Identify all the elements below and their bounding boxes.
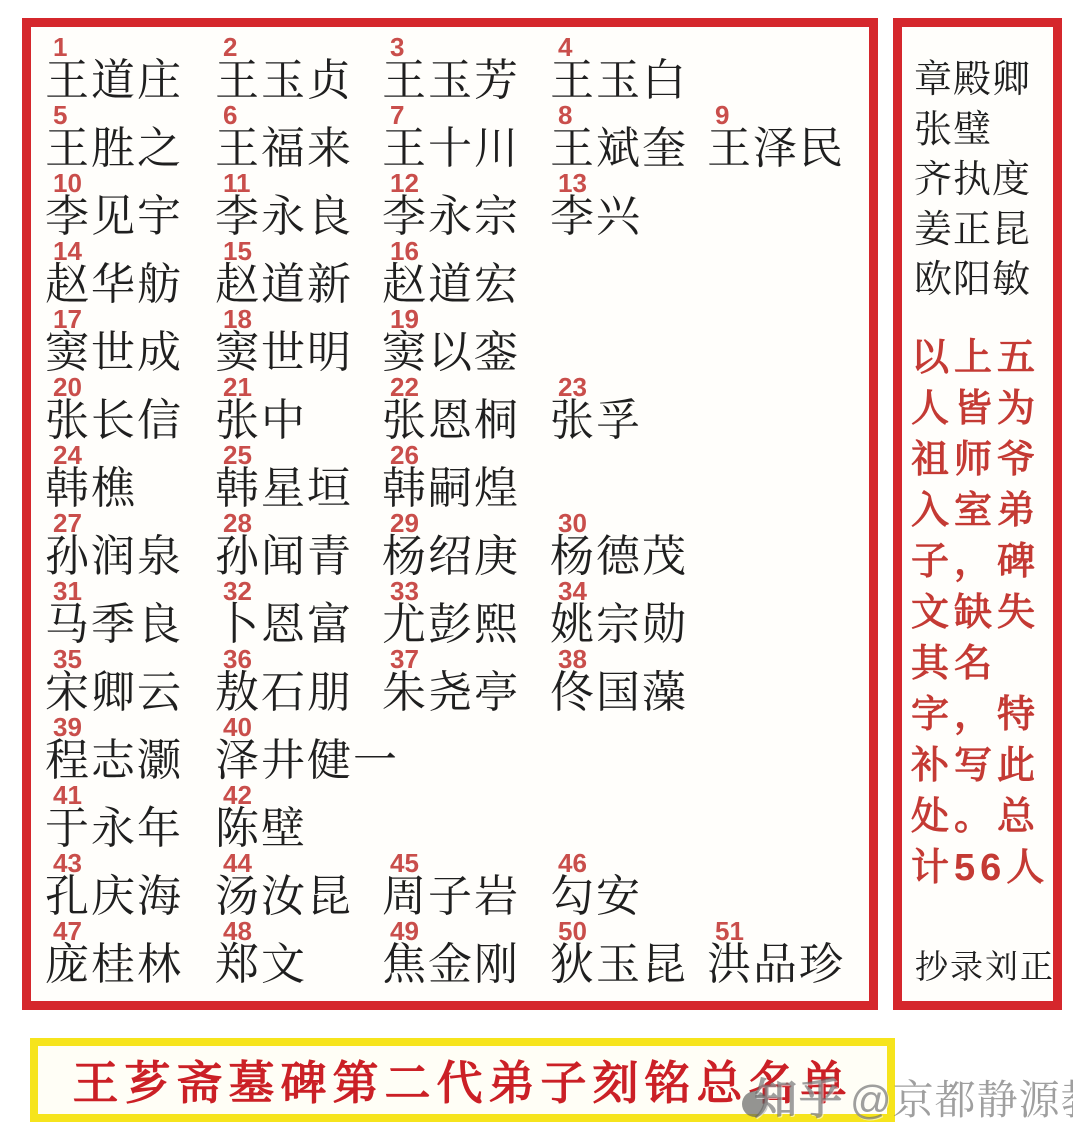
entry-number: 32 xyxy=(223,580,252,602)
entry-name: 焦金刚 xyxy=(382,942,520,987)
note-line: 子，碑 xyxy=(911,537,1053,588)
side-panel: 章殿卿张璧齐执度姜正昆欧阳敏 以上五人皆为祖师爷入室弟子，碑文缺失其名字，特补写… xyxy=(893,18,1062,1010)
name-entry: 46勾安 xyxy=(550,852,707,920)
name-entry: 32卜恩富 xyxy=(215,580,382,648)
entry-number: 35 xyxy=(53,648,82,670)
entry-number: 28 xyxy=(223,512,252,534)
names-row: 24韩樵25韩星垣26韩嗣煌 xyxy=(45,444,869,512)
name-entry: 36敖石朋 xyxy=(215,648,382,716)
entry-number: 26 xyxy=(390,444,419,466)
names-row: 41于永年42陈壁 xyxy=(45,784,869,852)
entry-name: 李永宗 xyxy=(382,194,520,239)
name-entry: 17窦世成 xyxy=(45,308,215,376)
name-entry: 40泽井健一 xyxy=(215,716,382,784)
entry-name: 窦世成 xyxy=(45,330,183,375)
entry-name: 窦以銮 xyxy=(382,330,520,375)
names-grid: 1王道庄2王玉贞3王玉芳4王玉白5王胜之6王福来7王十川8王斌奎9王泽民10李见… xyxy=(31,27,869,988)
name-entry: 30杨德茂 xyxy=(550,512,707,580)
entry-name: 王玉芳 xyxy=(382,58,520,103)
name-entry: 33尤彭熙 xyxy=(382,580,550,648)
entry-name: 卜恩富 xyxy=(215,602,353,647)
entry-number: 5 xyxy=(53,104,67,126)
entry-name: 周子岩 xyxy=(382,874,520,919)
entry-name: 李永良 xyxy=(215,194,353,239)
side-note: 以上五人皆为祖师爷入室弟子，碑文缺失其名字，特补写此处。总计56人 xyxy=(902,305,1053,894)
entry-number: 9 xyxy=(715,104,729,126)
note-line: 以上五 xyxy=(911,333,1053,384)
entry-number: 24 xyxy=(53,444,82,466)
entry-name: 庞桂林 xyxy=(45,942,183,987)
name-entry: 10李见宇 xyxy=(45,172,215,240)
entry-name: 郑文 xyxy=(215,942,307,987)
names-row: 1王道庄2王玉贞3王玉芳4王玉白 xyxy=(45,36,869,104)
name-entry: 48郑文 xyxy=(215,920,382,988)
names-row: 47庞桂林48郑文49焦金刚50狄玉昆51洪品珍 xyxy=(45,920,869,988)
entry-number: 22 xyxy=(390,376,419,398)
entry-number: 42 xyxy=(223,784,252,806)
names-row: 20张长信21张中22张恩桐23张孚 xyxy=(45,376,869,444)
entry-number: 36 xyxy=(223,648,252,670)
entry-name: 宋卿云 xyxy=(45,670,183,715)
entry-number: 17 xyxy=(53,308,82,330)
entry-name: 窦世明 xyxy=(215,330,353,375)
name-entry: 39程志灏 xyxy=(45,716,215,784)
name-entry: 20张长信 xyxy=(45,376,215,444)
entry-name: 张恩桐 xyxy=(382,398,520,443)
names-row: 35宋卿云36敖石朋37朱尧亭38佟国藻 xyxy=(45,648,869,716)
entry-name: 孙闻青 xyxy=(215,534,353,579)
name-entry: 37朱尧亭 xyxy=(382,648,550,716)
entry-number: 48 xyxy=(223,920,252,942)
entry-name: 杨绍庚 xyxy=(382,534,520,579)
entry-name: 王玉贞 xyxy=(215,58,353,103)
name-entry: 12李永宗 xyxy=(382,172,550,240)
side-name: 章殿卿 xyxy=(914,55,1053,105)
name-entry: 11李永良 xyxy=(215,172,382,240)
entry-name: 狄玉昆 xyxy=(550,942,688,987)
entry-number: 30 xyxy=(558,512,587,534)
entry-name: 孙润泉 xyxy=(45,534,183,579)
names-row: 43孔庆海44汤汝昆45周子岩46勾安 xyxy=(45,852,869,920)
name-entry: 24韩樵 xyxy=(45,444,215,512)
watermark-handle: @京都静源教授 xyxy=(850,1067,1073,1126)
entry-name: 李见宇 xyxy=(45,194,183,239)
entry-name: 韩嗣煌 xyxy=(382,466,520,511)
side-name: 欧阳敏 xyxy=(914,255,1053,305)
entry-number: 3 xyxy=(390,36,404,58)
entry-number: 46 xyxy=(558,852,587,874)
entry-name: 孔庆海 xyxy=(45,874,183,919)
names-row: 39程志灏40泽井健一 xyxy=(45,716,869,784)
entry-number: 44 xyxy=(223,852,252,874)
note-line: 人皆为 xyxy=(911,384,1053,435)
watermark-brand: 知乎 xyxy=(754,1066,844,1127)
entry-number: 10 xyxy=(53,172,82,194)
name-entry: 22张恩桐 xyxy=(382,376,550,444)
entry-number: 18 xyxy=(223,308,252,330)
entry-name: 王斌奎 xyxy=(550,126,688,171)
entry-number: 50 xyxy=(558,920,587,942)
name-entry: 26韩嗣煌 xyxy=(382,444,550,512)
entry-number: 16 xyxy=(390,240,419,262)
entry-number: 38 xyxy=(558,648,587,670)
entry-number: 13 xyxy=(558,172,587,194)
entry-name: 王玉白 xyxy=(550,58,688,103)
name-entry: 16赵道宏 xyxy=(382,240,550,308)
entry-name: 张孚 xyxy=(550,398,642,443)
note-line: 补写此 xyxy=(911,741,1053,792)
name-entry: 9王泽民 xyxy=(707,104,869,172)
name-entry: 8王斌奎 xyxy=(550,104,707,172)
entry-name: 泽井健一 xyxy=(215,738,399,783)
entry-name: 王道庄 xyxy=(45,58,183,103)
note-line: 字，特 xyxy=(911,690,1053,741)
entry-number: 31 xyxy=(53,580,82,602)
entry-name: 洪品珍 xyxy=(707,942,845,987)
name-entry: 29杨绍庚 xyxy=(382,512,550,580)
entry-name: 尤彭熙 xyxy=(382,602,520,647)
entry-number: 49 xyxy=(390,920,419,942)
name-entry: 25韩星垣 xyxy=(215,444,382,512)
entry-name: 张中 xyxy=(215,398,307,443)
name-entry: 18窦世明 xyxy=(215,308,382,376)
entry-name: 佟国藻 xyxy=(550,670,688,715)
name-entry: 15赵道新 xyxy=(215,240,382,308)
transcriber-label: 抄录刘正 xyxy=(915,941,1055,988)
name-entry: 42陈壁 xyxy=(215,784,382,852)
page-title: 王芗斋墓碑第二代弟子刻铭总名单 xyxy=(73,1047,853,1113)
entry-name: 赵道宏 xyxy=(382,262,520,307)
entry-name: 勾安 xyxy=(550,874,642,919)
entry-name: 王泽民 xyxy=(707,126,845,171)
name-entry: 13李兴 xyxy=(550,172,707,240)
name-entry: 47庞桂林 xyxy=(45,920,215,988)
entry-number: 2 xyxy=(223,36,237,58)
names-row: 17窦世成18窦世明19窦以銮 xyxy=(45,308,869,376)
entry-name: 王福来 xyxy=(215,126,353,171)
entry-number: 14 xyxy=(53,240,82,262)
side-names-list: 章殿卿张璧齐执度姜正昆欧阳敏 xyxy=(902,27,1053,305)
entry-name: 敖石朋 xyxy=(215,670,353,715)
name-entry: 28孙闻青 xyxy=(215,512,382,580)
names-row: 5王胜之6王福来7王十川8王斌奎9王泽民 xyxy=(45,104,869,172)
name-entry: 1王道庄 xyxy=(45,36,215,104)
entry-number: 27 xyxy=(53,512,82,534)
name-entry: 27孙润泉 xyxy=(45,512,215,580)
name-entry: 41于永年 xyxy=(45,784,215,852)
name-entry: 19窦以銮 xyxy=(382,308,550,376)
names-row: 31马季良32卜恩富33尤彭熙34姚宗勋 xyxy=(45,580,869,648)
entry-name: 韩樵 xyxy=(45,466,137,511)
entry-name: 陈壁 xyxy=(215,806,307,851)
name-entry: 7王十川 xyxy=(382,104,550,172)
name-entry: 23张孚 xyxy=(550,376,707,444)
entry-number: 51 xyxy=(715,920,744,942)
name-entry: 43孔庆海 xyxy=(45,852,215,920)
entry-number: 29 xyxy=(390,512,419,534)
name-entry: 2王玉贞 xyxy=(215,36,382,104)
note-line: 祖师爷 xyxy=(911,435,1053,486)
entry-name: 王十川 xyxy=(382,126,520,171)
entry-number: 12 xyxy=(390,172,419,194)
name-entry: 6王福来 xyxy=(215,104,382,172)
names-row: 27孙润泉28孙闻青29杨绍庚30杨德茂 xyxy=(45,512,869,580)
entry-name: 李兴 xyxy=(550,194,642,239)
note-line: 处。总 xyxy=(911,792,1053,843)
entry-number: 6 xyxy=(223,104,237,126)
entry-number: 47 xyxy=(53,920,82,942)
entry-name: 赵华舫 xyxy=(45,262,183,307)
name-entry: 5王胜之 xyxy=(45,104,215,172)
name-entry: 44汤汝昆 xyxy=(215,852,382,920)
entry-number: 21 xyxy=(223,376,252,398)
entry-number: 23 xyxy=(558,376,587,398)
name-entry: 3王玉芳 xyxy=(382,36,550,104)
note-line: 入室弟 xyxy=(911,486,1053,537)
entry-name: 马季良 xyxy=(45,602,183,647)
entry-number: 4 xyxy=(558,36,572,58)
name-entry: 38佟国藻 xyxy=(550,648,707,716)
entry-number: 8 xyxy=(558,104,572,126)
name-entry: 21张中 xyxy=(215,376,382,444)
entry-name: 张长信 xyxy=(45,398,183,443)
entry-number: 19 xyxy=(390,308,419,330)
entry-number: 41 xyxy=(53,784,82,806)
name-entry: 45周子岩 xyxy=(382,852,550,920)
entry-name: 姚宗勋 xyxy=(550,602,688,647)
name-entry: 35宋卿云 xyxy=(45,648,215,716)
entry-name: 朱尧亭 xyxy=(382,670,520,715)
main-name-list-panel: 1王道庄2王玉贞3王玉芳4王玉白5王胜之6王福来7王十川8王斌奎9王泽民10李见… xyxy=(22,18,878,1010)
names-row: 10李见宇11李永良12李永宗13李兴 xyxy=(45,172,869,240)
note-line: 文缺失 xyxy=(911,588,1053,639)
names-row: 14赵华舫15赵道新16赵道宏 xyxy=(45,240,869,308)
side-name: 张璧 xyxy=(914,105,1053,155)
entry-number: 43 xyxy=(53,852,82,874)
name-entry: 4王玉白 xyxy=(550,36,707,104)
entry-number: 40 xyxy=(223,716,252,738)
entry-name: 于永年 xyxy=(45,806,183,851)
name-entry: 49焦金刚 xyxy=(382,920,550,988)
side-name: 齐执度 xyxy=(914,155,1053,205)
entry-name: 程志灏 xyxy=(45,738,183,783)
entry-number: 20 xyxy=(53,376,82,398)
entry-name: 王胜之 xyxy=(45,126,183,171)
name-entry: 34姚宗勋 xyxy=(550,580,707,648)
name-entry: 50狄玉昆 xyxy=(550,920,707,988)
name-entry: 14赵华舫 xyxy=(45,240,215,308)
name-entry: 51洪品珍 xyxy=(707,920,869,988)
entry-number: 7 xyxy=(390,104,404,126)
entry-number: 1 xyxy=(53,36,67,58)
entry-number: 11 xyxy=(223,172,251,194)
entry-number: 34 xyxy=(558,580,587,602)
entry-number: 33 xyxy=(390,580,419,602)
entry-name: 赵道新 xyxy=(215,262,353,307)
name-entry: 31马季良 xyxy=(45,580,215,648)
entry-number: 45 xyxy=(390,852,419,874)
entry-name: 杨德茂 xyxy=(550,534,688,579)
entry-number: 37 xyxy=(390,648,419,670)
note-line: 计56人 xyxy=(911,843,1053,894)
entry-number: 25 xyxy=(223,444,252,466)
entry-name: 汤汝昆 xyxy=(215,874,353,919)
side-name: 姜正昆 xyxy=(914,205,1053,255)
note-line: 其名 xyxy=(911,639,1053,690)
entry-number: 39 xyxy=(53,716,82,738)
entry-number: 15 xyxy=(223,240,252,262)
entry-name: 韩星垣 xyxy=(215,466,353,511)
watermark: 知乎 @京都静源教授 xyxy=(742,1070,1073,1122)
